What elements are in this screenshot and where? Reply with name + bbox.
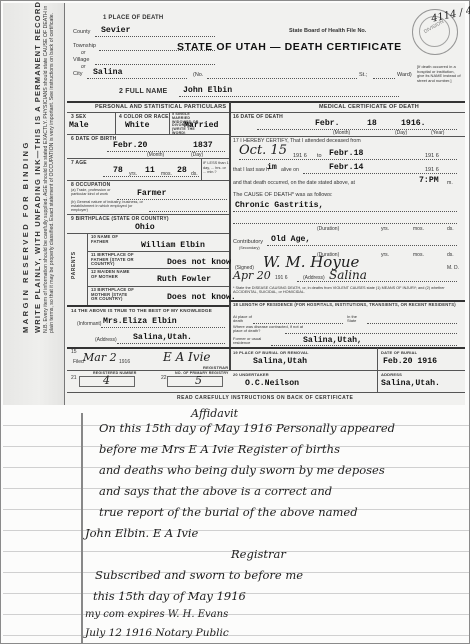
birthplace-value: Ohio xyxy=(135,223,155,232)
registrar-signature: E A Ivie xyxy=(163,350,211,364)
age-days: 28 xyxy=(177,166,187,175)
place-of-death-heading: 1 PLACE OF DEATH xyxy=(103,15,163,21)
city-label: City xyxy=(73,71,82,77)
dod-year: 1916. xyxy=(401,119,426,128)
parents-label: PARENTS xyxy=(71,251,77,279)
violent-causes-footnote: * State the DISEASE CAUSING DEATH, or, i… xyxy=(233,286,459,295)
affidavit-line: July 12 1916 Notary Public xyxy=(85,627,229,639)
dob-year: 1837 xyxy=(193,141,213,150)
file-no-label: State Board of Health File No. xyxy=(289,28,366,34)
binding-margin: MARGIN RESERVED FOR BINDING WRITE PLAINL… xyxy=(3,3,65,405)
full-name-label: 2 FULL NAME xyxy=(119,88,167,95)
affidavit-line: my com expires W. H. Evans xyxy=(85,609,228,620)
county-value: Sevier xyxy=(101,26,130,35)
medical-certificate-heading: MEDICAL CERTIFICATE OF DEATH xyxy=(319,104,419,110)
attended-from-date: Oct. 15 xyxy=(239,143,287,158)
affidavit-title: Affidavit xyxy=(191,407,238,420)
undertaker-address: Salina,Utah. xyxy=(381,379,440,388)
former-residence: Salina,Utah, xyxy=(303,336,362,345)
affidavit-line: before me Mrs E A Ivie Register of birth… xyxy=(99,442,340,456)
occupation-value: Farmer xyxy=(137,189,166,198)
last-saw-date: Febr.14 xyxy=(329,163,363,172)
township-label: Township xyxy=(73,43,96,49)
affidavit-line: Subscribed and sworn to before me xyxy=(95,568,303,582)
primary-registry-value: 5 xyxy=(195,374,202,387)
informant-value: Mrs.Eliza Elbin xyxy=(103,317,177,326)
undertaker-name: O.C.Neilson xyxy=(245,379,299,388)
burial-place: Salina,Utah xyxy=(253,357,307,366)
read-instructions-footer: READ CAREFULLY INSTRUCTIONS ON BACK OF C… xyxy=(177,395,353,401)
contributory-cause: Old Age, xyxy=(271,235,310,244)
document-viewer: MARGIN RESERVED FOR BINDING WRITE PLAINL… xyxy=(0,0,470,644)
attended-to-date: Febr.18 xyxy=(329,149,363,158)
physician-sign-date: Apr 20 xyxy=(233,269,271,282)
personal-particulars-heading: PERSONAL AND STATISTICAL PARTICULARS xyxy=(95,104,226,110)
burial-date: Feb.20 1916 xyxy=(383,357,437,366)
affidavit-line: and says that the above is a correct and xyxy=(99,484,332,498)
death-time: 7:PM xyxy=(419,176,439,185)
filed-date: Mar 2 xyxy=(83,351,117,364)
affidavit-line: true report of the burial of the above n… xyxy=(99,505,358,519)
dod-month: Febr. xyxy=(315,119,340,128)
father-name-value: William Elbin xyxy=(141,241,205,250)
mother-name-value: Ruth Fowler xyxy=(157,275,211,284)
affidavit-line: this 15th day of May 1916 xyxy=(93,589,246,603)
city-value: Salina xyxy=(93,68,122,77)
age-months: 11 xyxy=(145,166,155,175)
affidavit-section: Affidavit On this 15th day of May 1916 P… xyxy=(3,405,469,643)
certificate-body: 1 PLACE OF DEATH County Sevier Township … xyxy=(67,3,465,405)
affidavit-line: On this 15th day of May 1916 Personally … xyxy=(99,421,395,435)
write-plainly-text: WRITE PLAINLY, WITH UNFADING INK—THIS IS… xyxy=(33,1,42,333)
cause-of-death: Chronic Gastritis, xyxy=(235,201,323,210)
mother-birthplace-value: Does not know. xyxy=(167,293,236,302)
dob-month-day: Febr.20 xyxy=(113,141,147,150)
margin-reserved-text: MARGIN RESERVED FOR BINDING xyxy=(21,140,30,333)
age-years: 78 xyxy=(113,166,123,175)
marital-status-value: Married xyxy=(184,121,218,130)
affidavit-line: John Elbin. E A Ivie xyxy=(85,526,198,540)
informant-address-value: Salina,Utah. xyxy=(133,333,192,342)
column-divider xyxy=(229,102,231,370)
death-certificate-form: MARGIN RESERVED FOR BINDING WRITE PLAINL… xyxy=(3,3,465,405)
village-label: Village xyxy=(73,57,89,63)
dod-day: 18 xyxy=(367,119,377,128)
affidavit-line: Registrar xyxy=(231,547,286,561)
certificate-title: STATE OF UTAH — DEATH CERTIFICATE xyxy=(177,41,402,53)
affidavit-line: and deaths who being duly sworn by me de… xyxy=(99,463,385,477)
instructions-note: N.B. Every item of information should be… xyxy=(43,3,55,333)
last-saw-him: im xyxy=(267,163,277,172)
registered-number-value: 4 xyxy=(103,374,110,387)
physician-address: Salina xyxy=(329,268,367,282)
hospital-note: [If death occurred in a hospital or inst… xyxy=(417,65,463,83)
color-race-value: White xyxy=(125,121,150,130)
county-label: County xyxy=(73,29,90,35)
sex-value: Male xyxy=(69,121,89,130)
ruled-margin-line xyxy=(81,413,83,643)
full-name-value: John Elbin xyxy=(183,86,232,95)
father-birthplace-value: Does not know xyxy=(167,258,231,267)
